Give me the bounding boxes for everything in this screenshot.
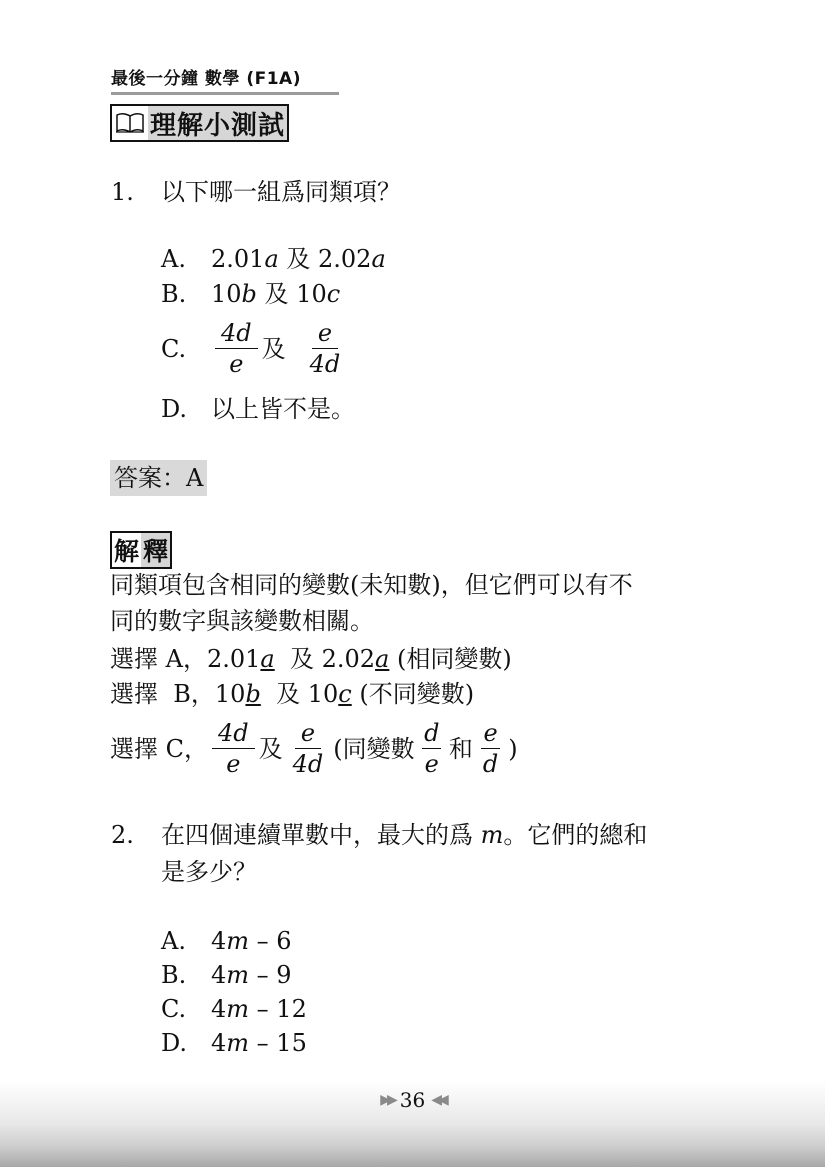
conjunction: 及	[259, 732, 283, 766]
q1-option-c: C. 4de 及 e4d	[161, 318, 350, 379]
page-number: 36	[400, 1088, 425, 1112]
option-letter: C.	[161, 992, 211, 1026]
denominator: e	[223, 349, 249, 379]
numerator: d	[422, 718, 441, 749]
document-header-title: 最後一分鐘 數學 (F1A)	[111, 64, 339, 95]
option-letter: C.	[161, 332, 211, 366]
variable: a	[371, 242, 385, 276]
denominator: 4d	[304, 349, 347, 379]
answer-line: 答案：A	[110, 460, 207, 496]
explanation-choice-c: 選擇 C， 4de 及 e4d (同變數 de 和 ed )	[110, 718, 518, 779]
coef: 10	[296, 277, 327, 311]
choice-note: (同變數	[333, 732, 414, 766]
fraction: e4d	[304, 318, 347, 379]
book-icon	[112, 106, 148, 140]
option-letter: D.	[161, 392, 211, 426]
fraction: ed	[477, 718, 504, 779]
page-number-footer: ▶▶ 36 ◀◀	[0, 1088, 825, 1112]
coef: 4	[211, 924, 226, 958]
double-right-arrow-icon: ▶▶	[380, 1092, 394, 1108]
coef: 10	[308, 680, 339, 708]
coef: 2.01	[211, 242, 264, 276]
underlined-variable: a	[260, 645, 274, 673]
fraction: e4d	[287, 718, 330, 779]
variable: m	[226, 924, 249, 958]
coef: 10	[215, 680, 246, 708]
variable: m	[226, 958, 249, 992]
double-left-arrow-icon: ◀◀	[431, 1092, 445, 1108]
conjunction: 及	[261, 680, 308, 708]
variable: m	[481, 821, 504, 849]
numerator: 4d	[212, 718, 255, 749]
variable: c	[327, 277, 340, 311]
variable: b	[242, 277, 257, 311]
underlined-variable: a	[375, 645, 389, 673]
explanation-title-char1: 解	[112, 533, 141, 567]
conjunction: 和	[449, 732, 473, 766]
option-rest: – 12	[249, 992, 307, 1026]
coef: 2.01	[207, 645, 260, 673]
section-heading-box: 理解小測試	[110, 104, 289, 142]
explanation-line-1: 同類項包含相同的變數(未知數)，但它們可以有不	[110, 568, 633, 602]
answer-value: A	[186, 464, 203, 492]
choice-prefix: 選擇 A，	[110, 645, 207, 673]
option-letter: B.	[161, 958, 211, 992]
variable: m	[226, 992, 249, 1026]
question-text: 。它們的總和	[503, 821, 647, 849]
close-paren: )	[508, 732, 517, 766]
option-rest: – 6	[249, 924, 292, 958]
fraction: de	[419, 718, 445, 779]
variable: m	[226, 1026, 249, 1060]
question-number: 1.	[111, 175, 161, 209]
q1-option-a: A. 2.01a 及 2.02a	[161, 242, 386, 276]
choice-note: (不同變數)	[352, 680, 474, 708]
conjunction: 及	[279, 242, 318, 276]
option-letter: B.	[161, 277, 211, 311]
numerator: e	[312, 318, 338, 349]
q1-option-d: D. 以上皆不是。	[161, 392, 355, 426]
explanation-choice-b: 選擇 B，10b 及 10c (不同變數)	[110, 677, 474, 711]
coef: 4	[211, 958, 226, 992]
explanation-title-char2: 釋	[141, 533, 170, 567]
section-title: 理解小測試	[148, 106, 287, 140]
numerator: e	[295, 718, 321, 749]
option-rest: – 15	[249, 1026, 307, 1060]
denominator: e	[220, 749, 246, 779]
choice-note: (相同變數)	[389, 645, 511, 673]
variable: a	[264, 242, 278, 276]
choice-prefix: 選擇 B，	[110, 680, 215, 708]
denominator: 4d	[287, 749, 330, 779]
numerator: e	[481, 718, 499, 749]
conjunction: 及	[262, 332, 286, 366]
underlined-variable: c	[338, 680, 351, 708]
question-1: 1.以下哪一組爲同類項？	[111, 175, 401, 209]
q2-option-c: C.4m – 12	[161, 992, 307, 1026]
option-letter: D.	[161, 1026, 211, 1060]
question-number: 2.	[111, 818, 161, 852]
q2-option-b: B.4m – 9	[161, 958, 292, 992]
conjunction: 及	[257, 277, 296, 311]
question-2: 2.在四個連續單數中，最大的爲 m。它們的總和	[111, 818, 647, 852]
coef: 2.02	[322, 645, 375, 673]
question-2-line-2: 是多少？	[161, 855, 257, 889]
explanation-choice-a: 選擇 A，2.01a 及 2.02a (相同變數)	[110, 642, 512, 676]
coef: 4	[211, 992, 226, 1026]
choice-prefix: 選擇 C，	[110, 732, 208, 766]
numerator: 4d	[215, 318, 258, 349]
explanation-line-2: 同的數字與該變數相關。	[110, 604, 374, 638]
q2-option-d: D.4m – 15	[161, 1026, 307, 1060]
option-rest: – 9	[249, 958, 292, 992]
fraction: 4de	[215, 318, 258, 379]
denominator: d	[477, 749, 504, 779]
conjunction: 及	[275, 645, 322, 673]
q2-option-a: A.4m – 6	[161, 924, 292, 958]
explanation-heading-box: 解釋	[110, 531, 172, 569]
coef: 10	[211, 277, 242, 311]
answer-label: 答案：	[114, 464, 186, 492]
question-text: 在四個連續單數中，最大的爲	[161, 821, 481, 849]
underlined-variable: b	[245, 680, 260, 708]
option-letter: A.	[161, 242, 211, 276]
option-letter: A.	[161, 924, 211, 958]
coef: 4	[211, 1026, 226, 1060]
fraction: 4de	[212, 718, 255, 779]
coef: 2.02	[318, 242, 371, 276]
q1-option-b: B. 10b 及 10c	[161, 277, 340, 311]
denominator: e	[419, 749, 445, 779]
option-text: 以上皆不是。	[211, 392, 355, 426]
question-text: 以下哪一組爲同類項？	[161, 178, 401, 206]
